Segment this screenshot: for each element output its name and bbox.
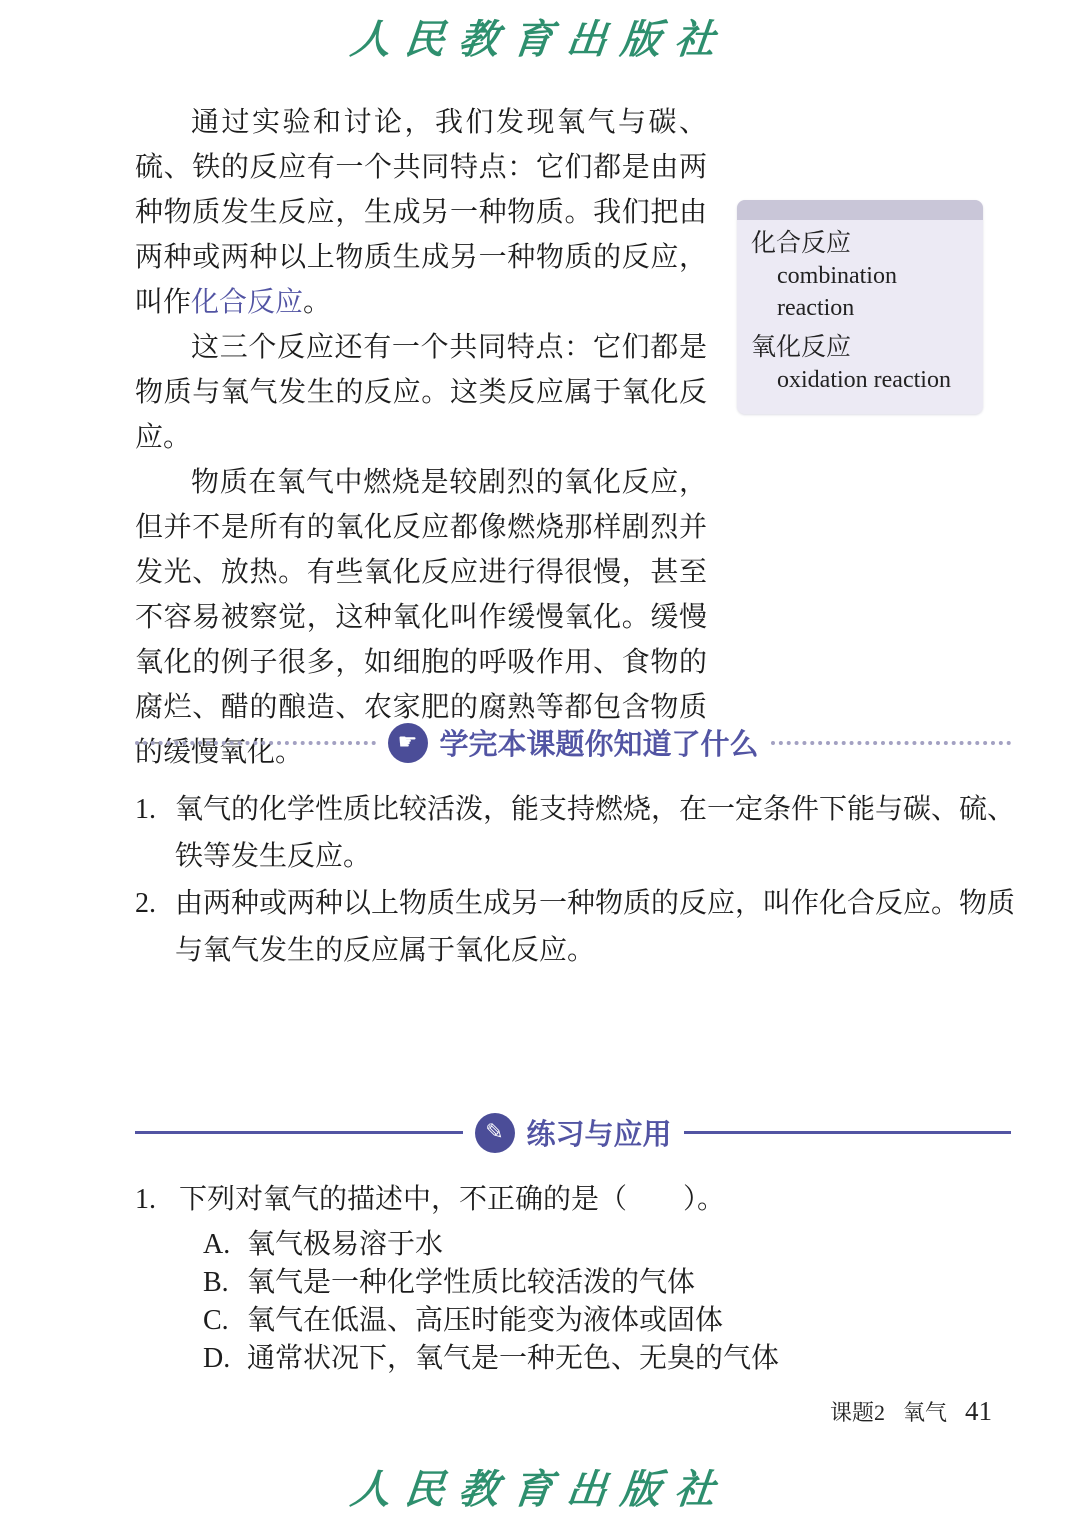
summary-item-text: 由两种或两种以上物质生成另一种物质的反应，叫作化合反应。物质与氧气发生的反应属于… [175, 880, 1015, 974]
question-1: 1. 下列对氧气的描述中，不正确的是（ ）。 [135, 1178, 1015, 1222]
question-text: 下列对氧气的描述中，不正确的是（ ）。 [179, 1178, 1015, 1222]
vocab-item: 化合反应 combination reaction [737, 220, 983, 324]
option-b: B. 氧气是一种化学性质比较活泼的气体 [135, 1264, 1015, 1302]
summary-list: 1. 氧气的化学性质比较活泼，能支持燃烧，在一定条件下能与碳、硫、铁等发生反应。… [135, 786, 1015, 974]
exercise-block: 1. 下列对氧气的描述中，不正确的是（ ）。 A. 氧气极易溶于水 B. 氧气是… [135, 1178, 1015, 1378]
exercise-section-header: ✎ 练习与应用 [135, 1112, 1011, 1153]
paragraph-combination-reaction: 通过实验和讨论，我们发现氧气与碳、硫、铁的反应有一个共同特点：它们都是由两种物质… [135, 100, 707, 325]
option-text: 氧气在低温、高压时能变为液体或固体 [247, 1302, 1015, 1340]
summary-item-number: 2. [135, 880, 175, 974]
option-text: 氧气极易溶于水 [247, 1226, 1015, 1264]
page-footer: 课题2 氧气 41 [830, 1396, 992, 1427]
publisher-logo-top: 人民教育出版社 [0, 8, 1080, 65]
footer-topic: 氧气 [903, 1396, 947, 1427]
pen-icon: ✎ [475, 1113, 515, 1153]
question-options: A. 氧气极易溶于水 B. 氧气是一种化学性质比较活泼的气体 C. 氧气在低温、… [135, 1226, 1015, 1378]
option-label: C. [203, 1302, 247, 1340]
vocab-box: 化合反应 combination reaction 氧化反应 oxidation… [737, 200, 983, 414]
option-a: A. 氧气极易溶于水 [135, 1226, 1015, 1264]
summary-section-title: 学完本课题你知道了什么 [440, 722, 759, 763]
vocab-term-zh: 化合反应 [751, 228, 971, 260]
vocab-term-en: oxidation reaction [751, 364, 971, 396]
question-number: 1. [135, 1178, 179, 1222]
solid-rule-right [684, 1131, 1012, 1134]
pointing-hand-icon: ☛ [388, 723, 428, 763]
summary-item-number: 1. [135, 786, 175, 880]
option-label: B. [203, 1264, 247, 1302]
solid-rule-left [135, 1131, 463, 1134]
option-label: A. [203, 1226, 247, 1264]
vocab-term-en: combination reaction [751, 260, 971, 324]
dotted-rule-right [771, 741, 1012, 745]
summary-item: 1. 氧气的化学性质比较活泼，能支持燃烧，在一定条件下能与碳、硫、铁等发生反应。 [135, 786, 1015, 880]
option-text: 氧气是一种化学性质比较活泼的气体 [247, 1264, 1015, 1302]
option-label: D. [203, 1340, 247, 1378]
option-text: 通常状况下，氧气是一种无色、无臭的气体 [247, 1340, 1015, 1378]
paragraph-oxidation-reaction: 这三个反应还有一个共同特点：它们都是物质与氧气发生的反应。这类反应属于氧化反应。 [135, 325, 707, 460]
vocab-box-header-strip [737, 200, 983, 220]
term-combination-reaction: 化合反应 [191, 287, 303, 318]
option-c: C. 氧气在低温、高压时能变为液体或固体 [135, 1302, 1015, 1340]
footer-chapter: 课题2 [830, 1396, 885, 1427]
summary-item-text: 氧气的化学性质比较活泼，能支持燃烧，在一定条件下能与碳、硫、铁等发生反应。 [175, 786, 1015, 880]
page-number: 41 [965, 1396, 992, 1427]
main-text-column: 通过实验和讨论，我们发现氧气与碳、硫、铁的反应有一个共同特点：它们都是由两种物质… [135, 100, 707, 775]
exercise-section-title: 练习与应用 [527, 1112, 672, 1153]
dotted-rule-left [135, 741, 376, 745]
option-d: D. 通常状况下，氧气是一种无色、无臭的气体 [135, 1340, 1015, 1378]
publisher-logo-bottom: 人民教育出版社 [0, 1458, 1080, 1515]
vocab-term-zh: 氧化反应 [751, 332, 971, 364]
paragraph-text: 。 [303, 287, 331, 318]
textbook-page: 人民教育出版社 通过实验和讨论，我们发现氧气与碳、硫、铁的反应有一个共同特点：它… [0, 0, 1080, 1525]
summary-section-header: ☛ 学完本课题你知道了什么 [135, 722, 1011, 763]
vocab-item: 氧化反应 oxidation reaction [737, 324, 983, 396]
summary-item: 2. 由两种或两种以上物质生成另一种物质的反应，叫作化合反应。物质与氧气发生的反… [135, 880, 1015, 974]
